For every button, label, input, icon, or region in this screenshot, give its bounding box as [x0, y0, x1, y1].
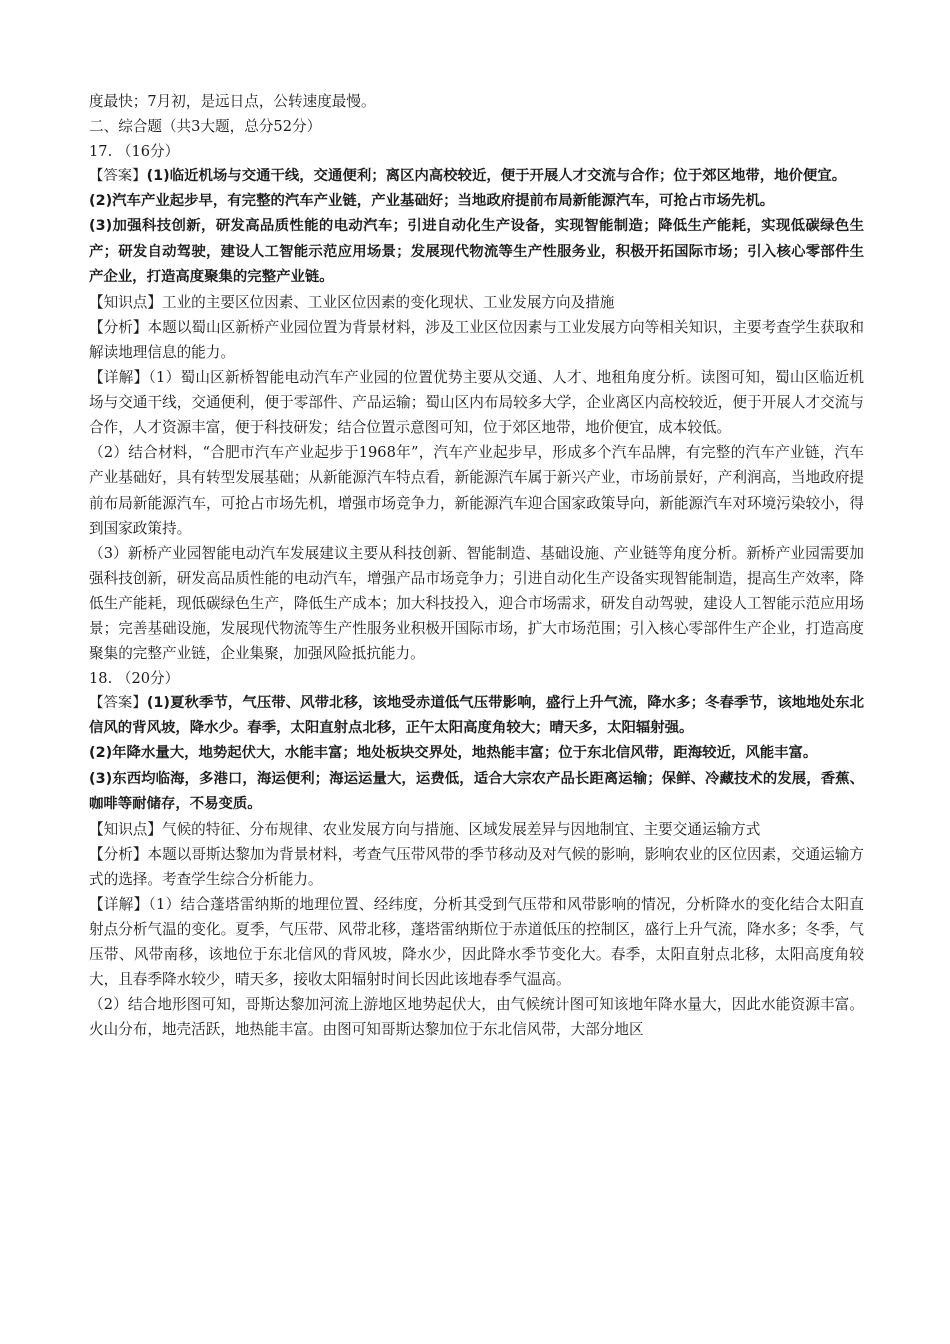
- question-17-detail-3: （3）新桥产业园智能电动汽车发展建议主要从科技创新、智能制造、基础设施、产业链等…: [89, 541, 864, 666]
- detail-text: （1）蜀山区新桥智能电动汽车产业园的位置优势主要从交通、人才、地租角度分析。读图…: [89, 369, 864, 436]
- question-18-knowledge: 【知识点】气候的特征、分布规律、农业发展方向与措施、区域发展差异与因地制宜、主要…: [89, 817, 864, 842]
- analysis-tag: 【分析】: [89, 319, 148, 336]
- answer-text: (1)夏秋季节，气压带、风带北移，该地受赤道低气压带影响，盛行上升气流，降水多；…: [89, 695, 864, 736]
- question-18-detail-1: 【详解】（1）结合蓬塔雷纳斯的地理位置、经纬度，分析其受到气压带和风带影响的情况…: [89, 892, 864, 992]
- detail-tag: 【详解】: [89, 896, 148, 913]
- analysis-text: 本题以蜀山区新桥产业园位置为背景材料，涉及工业区位因素与工业发展方向等相关知识，…: [89, 319, 864, 361]
- knowledge-tag: 【知识点】: [89, 821, 162, 838]
- question-17-analysis: 【分析】本题以蜀山区新桥产业园位置为背景材料，涉及工业区位因素与工业发展方向等相…: [89, 315, 864, 365]
- knowledge-tag: 【知识点】: [89, 294, 162, 311]
- question-18-answer-3: (3)东西均临海，多港口，海运便利；海运运量大，运费低，适合大宗农产品长距离运输…: [89, 767, 864, 817]
- question-18-detail-2: （2）结合地形图可知，哥斯达黎加河流上游地区地势起伏大，由气候统计图可知该地年降…: [89, 992, 864, 1042]
- knowledge-text: 工业的主要区位因素、工业区位因素的变化现状、工业发展方向及措施: [162, 294, 614, 311]
- document-page: 度最快；7月初，是远日点，公转速度最慢。 二、综合题（共3大题，总分52分） 1…: [89, 89, 864, 1043]
- question-17-answer-3: (3)加强科技创新，研发高品质性能的电动汽车；引进自动化生产设备，实现智能制造；…: [89, 214, 864, 289]
- answer-text: (1)临近机场与交通干线，交通便利；离区内高校较近，便于开展人才交流与合作；位于…: [147, 168, 847, 184]
- question-17-answer-2: (2)汽车产业起步早，有完整的汽车产业链，产业基础好；当地政府提前布局新能源汽车…: [89, 189, 864, 214]
- question-17-detail-2: （2）结合材料，“合肥市汽车产业起步于1968年”，汽车产业起步早，形成多个汽车…: [89, 440, 864, 540]
- question-17-knowledge: 【知识点】工业的主要区位因素、工业区位因素的变化现状、工业发展方向及措施: [89, 290, 864, 315]
- intro-line: 度最快；7月初，是远日点，公转速度最慢。: [89, 89, 864, 114]
- knowledge-text: 气候的特征、分布规律、农业发展方向与措施、区域发展差异与因地制宜、主要交通运输方…: [162, 821, 760, 838]
- analysis-text: 本题以哥斯达黎加为背景材料，考查气压带风带的季节移动及对气候的影响，影响农业的区…: [89, 846, 864, 888]
- question-18-analysis: 【分析】本题以哥斯达黎加为背景材料，考查气压带风带的季节移动及对气候的影响，影响…: [89, 842, 864, 892]
- analysis-tag: 【分析】: [89, 846, 148, 863]
- question-17-detail-1: 【详解】（1）蜀山区新桥智能电动汽车产业园的位置优势主要从交通、人才、地租角度分…: [89, 365, 864, 440]
- answer-tag: 【答案】: [89, 695, 147, 711]
- question-17-number: 17. （16分）: [89, 139, 864, 164]
- question-18-answer-2: (2)年降水量大，地势起伏大，水能丰富；地处板块交界处，地热能丰富；位于东北信风…: [89, 741, 864, 766]
- question-18-number: 18. （20分）: [89, 666, 864, 691]
- answer-tag: 【答案】: [89, 168, 147, 184]
- detail-text: （1）结合蓬塔雷纳斯的地理位置、经纬度，分析其受到气压带和风带影响的情况，分析降…: [89, 896, 864, 988]
- question-18-answer-1: 【答案】(1)夏秋季节，气压带、风带北移，该地受赤道低气压带影响，盛行上升气流，…: [89, 691, 864, 741]
- section-heading: 二、综合题（共3大题，总分52分）: [89, 114, 864, 139]
- question-17-answer-1: 【答案】(1)临近机场与交通干线，交通便利；离区内高校较近，便于开展人才交流与合…: [89, 164, 864, 189]
- detail-tag: 【详解】: [89, 369, 148, 386]
